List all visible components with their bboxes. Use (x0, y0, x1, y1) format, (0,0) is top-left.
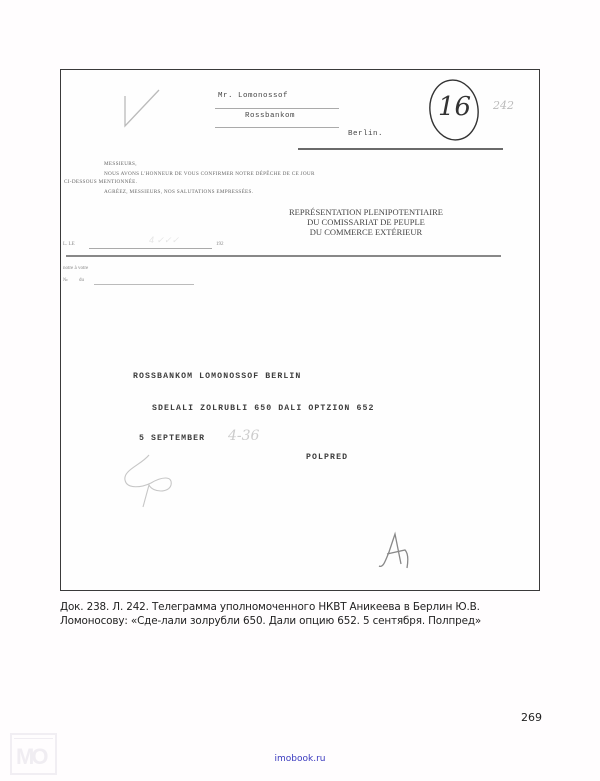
pencil-folio-number: 242 (493, 99, 514, 112)
document-scan: Mr. Lomonossof Rossbankom Berlin. 16 242… (60, 69, 540, 591)
recipient-city: Berlin. (348, 130, 383, 138)
sender-org-line-2: DU COMISSARIAT DE PEUPLE (251, 217, 481, 227)
check-mark-icon (119, 88, 169, 132)
telegram-signature: POLPRED (306, 453, 348, 462)
site-link[interactable]: imobook.ru (0, 754, 600, 764)
pencil-note: 4-36 (228, 428, 259, 444)
letter-line-3: AGRÉEZ, MESSIEURS, NOS SALUTATIONS EMPRE… (104, 189, 253, 195)
reply-label: notre à votre (63, 266, 88, 271)
recipient-organization: Rossbankom (245, 112, 295, 120)
initials-icon (371, 528, 421, 573)
number-label: № (63, 278, 68, 283)
letter-salutation: MESSIEURS, (104, 161, 137, 167)
telegram-line-2: SDELALI ZOLRUBLI 650 DALI OPTZION 652 (152, 404, 375, 413)
date-prefix: L. LE (63, 242, 75, 247)
page-number: 269 (521, 711, 542, 724)
figure-caption: Док. 238. Л. 242. Телеграмма уполномочен… (60, 600, 545, 628)
sender-org-line-3: DU COMMERCE EXTÉRIEUR (251, 227, 481, 237)
telegram-line-1: ROSSBANKOM LOMONOSSOF BERLIN (133, 372, 301, 381)
signature-scribble-icon (111, 445, 191, 515)
letter-line-1: NOUS AVONS L'HONNEUR DE VOUS CONFIRMER N… (104, 171, 315, 177)
folio-number: 16 (438, 92, 471, 122)
sender-org-line-1: REPRÉSENTATION PLENIPOTENTIAIRE (251, 207, 481, 217)
year-suffix: 192 (216, 242, 224, 247)
faint-handwriting: 4 ✓✓✓ (149, 235, 179, 246)
sender-organization: REPRÉSENTATION PLENIPOTENTIAIRE DU COMIS… (251, 207, 481, 237)
letter-line-2: CI-DESSOUS MENTIONNÉE. (64, 179, 137, 185)
du-label: du (79, 278, 84, 283)
recipient-name: Mr. Lomonossof (218, 92, 288, 100)
telegram-line-3: 5 SEPTEMBER (139, 434, 205, 443)
